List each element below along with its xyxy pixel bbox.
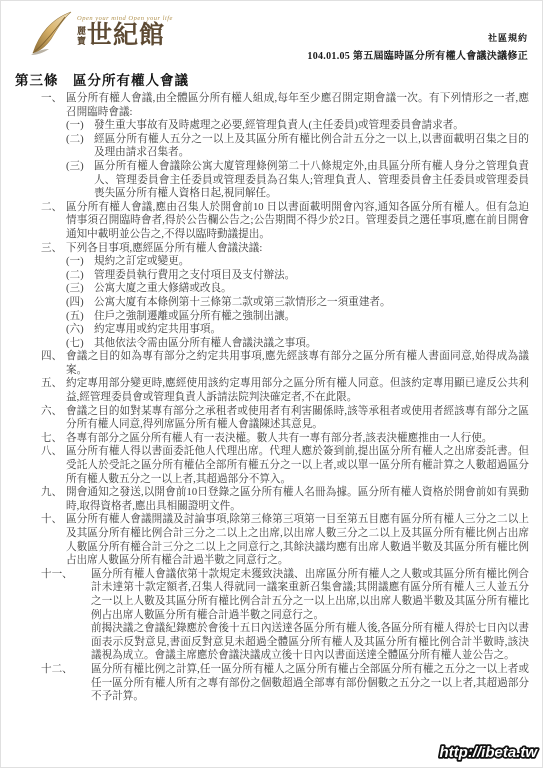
subitem-text: 公寓大廈之重大修繕或改良。 bbox=[94, 282, 529, 296]
subitem-number: (一) bbox=[66, 255, 94, 269]
svg-text:http://ibeta.tw: http://ibeta.tw bbox=[440, 744, 539, 761]
feather-icon bbox=[29, 9, 75, 57]
subitem-number: (六) bbox=[66, 323, 94, 337]
subitem-text: 約定專用或約定共用事項。 bbox=[94, 323, 529, 337]
community-logo: Open your mind Open your life 麗 寶 世紀館 bbox=[29, 9, 173, 57]
list-item: 十一、區分所有權人會議依第十款規定未獲致決議、出席區分所有權人之人數或其區分所有… bbox=[41, 568, 529, 663]
item-text: 區分所有權比例之計算,任一區分所有權人之區分所有權占全部區分所有權之五分之一以上… bbox=[91, 663, 529, 704]
item-paragraph: 前揭決議之會議紀錄應於會後十五日內送達各區分所有權人後,各區分所有權人得於七日內… bbox=[91, 622, 529, 663]
list-item: 六、會議之目的如對某專有部分之承租者或使用者有利害關係時,該等承租者或使用者經該… bbox=[41, 405, 529, 432]
item-text: 會議之目的如為專有部分之約定共用事項,應先經該專有部分之區分所有權人書面同意,始… bbox=[66, 350, 529, 377]
list-subitem: (七)其他依法令需由區分所有權人會議決議之事項。 bbox=[66, 337, 529, 351]
item-text: 約定專用部分變更時,應經使用該約定專用部分之區分所有權人同意。但該約定專用顯已違… bbox=[66, 377, 529, 404]
list-item: 三、下列各目事項,應經區分所有權人會議決議:(一)規約之訂定或變更。(二)管理委… bbox=[41, 242, 529, 351]
subitem-number: (七) bbox=[66, 337, 94, 351]
logo-brand-small-top: 麗 bbox=[77, 26, 86, 36]
subitem-number: (二) bbox=[66, 133, 94, 147]
list-item: 八、區分所有權人得以書面委託他人代理出席。代理人應於簽到前,提出區分所有權人之出… bbox=[41, 445, 529, 486]
doc-type-label: 社區規約 bbox=[307, 31, 528, 44]
header-right: 社區規約 104.01.05 第五屆臨時區分所有權人會議決議修正 bbox=[307, 31, 528, 62]
item-number: 八、 bbox=[41, 445, 66, 459]
logo-brand-main: 世紀館 bbox=[87, 23, 165, 49]
item-text: 區分所有權人得以書面委託他人代理出席。代理人應於簽到前,提出區分所有權人之出席委… bbox=[66, 445, 529, 486]
item-paragraph: 區分所有權比例之計算,任一區分所有權人之區分所有權占全部區分所有權之五分之一以上… bbox=[91, 663, 529, 704]
item-text: 下列各目事項,應經區分所有權人會議決議:(一)規約之訂定或變更。(二)管理委員執… bbox=[66, 242, 529, 351]
item-text: 區分所有權人會議依第十款規定未獲致決議、出席區分所有權人之人數或其區分所有權比例… bbox=[91, 568, 529, 663]
item-paragraph: 會議之目的如為專有部分之約定共用事項,應先經該專有部分之區分所有權人書面同意,始… bbox=[66, 350, 529, 377]
item-number: 十一、 bbox=[41, 568, 91, 582]
page-header: Open your mind Open your life 麗 寶 世紀館 社區… bbox=[1, 1, 542, 65]
item-text: 區分所有權人會議,應由召集人於開會前10 日以書面載明開會內容,通知各區分所有權… bbox=[66, 201, 529, 242]
item-text: 會議之目的如對某專有部分之承租者或使用者有利害關係時,該等承租者或使用者經該專有… bbox=[66, 405, 529, 432]
watermark: http://ibeta.tw bbox=[433, 740, 541, 764]
list-item: 一、區分所有權人會議,由全體區分所有權人組成,每年至少應召開定期會議一次。有下列… bbox=[41, 92, 529, 201]
subitem-text: 經區分所有權人五分之一以上及其區分所有權比例合計五分之一以上,以書面載明召集之目… bbox=[94, 133, 529, 160]
revision-label: 104.01.05 第五屆臨時區分所有權人會議決議修正 bbox=[307, 47, 528, 62]
item-number: 三、 bbox=[41, 242, 66, 256]
item-paragraph: 區分所有權人會議開議及討論事項,除第三條第三項第一目至第五目應有區分所有權人三分… bbox=[66, 513, 529, 567]
document-page: Open your mind Open your life 麗 寶 世紀館 社區… bbox=[0, 0, 543, 768]
item-text: 區分所有權人會議開議及討論事項,除第三條第三項第一目至第五目應有區分所有權人三分… bbox=[66, 513, 529, 567]
subitem-text: 區分所有權人會議除公寓大廈管理條例第二十八條規定外,由具區分所有權人身分之管理負… bbox=[94, 160, 529, 201]
list-subitem: (六)約定專用或約定共用事項。 bbox=[66, 323, 529, 337]
item-text: 各專有部分之區分所有權人有一表決權。數人共有一專有部分者,該表決權應推由一人行使… bbox=[66, 432, 529, 446]
item-number: 十、 bbox=[41, 513, 66, 527]
subitem-number: (四) bbox=[66, 296, 94, 310]
item-paragraph: 區分所有權人得以書面委託他人代理出席。代理人應於簽到前,提出區分所有權人之出席委… bbox=[66, 445, 529, 486]
subitem-text: 發生重大事故有及時處理之必要,經管理負責人(主任委員)或管理委員會請求者。 bbox=[94, 119, 529, 133]
item-paragraph: 區分所有權人會議依第十款規定未獲致決議、出席區分所有權人之人數或其區分所有權比例… bbox=[91, 568, 529, 622]
item-paragraph: 下列各目事項,應經區分所有權人會議決議: bbox=[66, 242, 529, 256]
item-paragraph: 開會通知之發送,以開會前10日登錄之區分所有權人名冊為據。區分所有權人資格於開會… bbox=[66, 486, 529, 513]
subitem-number: (二) bbox=[66, 269, 94, 283]
item-text: 開會通知之發送,以開會前10日登錄之區分所有權人名冊為據。區分所有權人資格於開會… bbox=[66, 486, 529, 513]
subitem-text: 管理委員執行費用之支付項目及支付辦法。 bbox=[94, 269, 529, 283]
list-subitem: (三)區分所有權人會議除公寓大廈管理條例第二十八條規定外,由具區分所有權人身分之… bbox=[66, 160, 529, 201]
article-title: 第三條 區分所有權人會議 bbox=[15, 69, 542, 89]
item-paragraph: 區分所有權人會議,應由召集人於開會前10 日以書面載明開會內容,通知各區分所有權… bbox=[66, 201, 529, 242]
item-number: 一、 bbox=[41, 92, 66, 106]
logo-tagline: Open your mind Open your life bbox=[77, 15, 173, 22]
item-number: 六、 bbox=[41, 405, 66, 419]
list-item: 九、開會通知之發送,以開會前10日登錄之區分所有權人名冊為據。區分所有權人資格於… bbox=[41, 486, 529, 513]
subitem-text: 規約之訂定或變更。 bbox=[94, 255, 529, 269]
list-item: 十、區分所有權人會議開議及討論事項,除第三條第三項第一目至第五目應有區分所有權人… bbox=[41, 513, 529, 567]
article-body: 一、區分所有權人會議,由全體區分所有權人組成,每年至少應召開定期會議一次。有下列… bbox=[41, 92, 529, 704]
item-paragraph: 會議之目的如對某專有部分之承租者或使用者有利害關係時,該等承租者或使用者經該專有… bbox=[66, 405, 529, 432]
list-item: 四、會議之目的如為專有部分之約定共用事項,應先經該專有部分之區分所有權人書面同意… bbox=[41, 350, 529, 377]
list-subitem: (二)管理委員執行費用之支付項目及支付辦法。 bbox=[66, 269, 529, 283]
item-text: 區分所有權人會議,由全體區分所有權人組成,每年至少應召開定期會議一次。有下列情形… bbox=[66, 92, 529, 201]
list-subitem: (二)經區分所有權人五分之一以上及其區分所有權比例合計五分之一以上,以書面載明召… bbox=[66, 133, 529, 160]
subitem-number: (五) bbox=[66, 310, 94, 324]
list-subitem: (一)規約之訂定或變更。 bbox=[66, 255, 529, 269]
item-number: 二、 bbox=[41, 201, 66, 215]
item-number: 五、 bbox=[41, 377, 66, 391]
list-subitem: (五)住戶之強制遷離或區分所有權之強制出讓。 bbox=[66, 310, 529, 324]
list-item: 五、約定專用部分變更時,應經使用該約定專用部分之區分所有權人同意。但該約定專用顯… bbox=[41, 377, 529, 404]
item-paragraph: 約定專用部分變更時,應經使用該約定專用部分之區分所有權人同意。但該約定專用顯已違… bbox=[66, 377, 529, 404]
subitem-text: 公寓大廈有本條例第十三條第二款或第三款情形之一須重建者。 bbox=[94, 296, 529, 310]
list-subitem: (三)公寓大廈之重大修繕或改良。 bbox=[66, 282, 529, 296]
list-item: 十二、區分所有權比例之計算,任一區分所有權人之區分所有權占全部區分所有權之五分之… bbox=[41, 663, 529, 704]
item-paragraph: 各專有部分之區分所有權人有一表決權。數人共有一專有部分者,該表決權應推由一人行使… bbox=[66, 432, 529, 446]
list-subitem: (四)公寓大廈有本條例第十三條第二款或第三款情形之一須重建者。 bbox=[66, 296, 529, 310]
subitem-number: (一) bbox=[66, 119, 94, 133]
list-item: 二、區分所有權人會議,應由召集人於開會前10 日以書面載明開會內容,通知各區分所… bbox=[41, 201, 529, 242]
item-paragraph: 區分所有權人會議,由全體區分所有權人組成,每年至少應召開定期會議一次。有下列情形… bbox=[66, 92, 529, 119]
subitem-number: (三) bbox=[66, 282, 94, 296]
item-number: 九、 bbox=[41, 486, 66, 500]
item-number: 十二、 bbox=[41, 663, 91, 677]
item-number: 四、 bbox=[41, 350, 66, 364]
logo-brand-small: 麗 寶 bbox=[77, 26, 86, 46]
list-item: 七、各專有部分之區分所有權人有一表決權。數人共有一專有部分者,該表決權應推由一人… bbox=[41, 432, 529, 446]
list-subitem: (一)發生重大事故有及時處理之必要,經管理負責人(主任委員)或管理委員會請求者。 bbox=[66, 119, 529, 133]
logo-brand-small-bottom: 寶 bbox=[77, 36, 86, 46]
item-number: 七、 bbox=[41, 432, 66, 446]
subitem-number: (三) bbox=[66, 160, 94, 174]
subitem-text: 住戶之強制遷離或區分所有權之強制出讓。 bbox=[94, 310, 529, 324]
subitem-text: 其他依法令需由區分所有權人會議決議之事項。 bbox=[94, 337, 529, 351]
